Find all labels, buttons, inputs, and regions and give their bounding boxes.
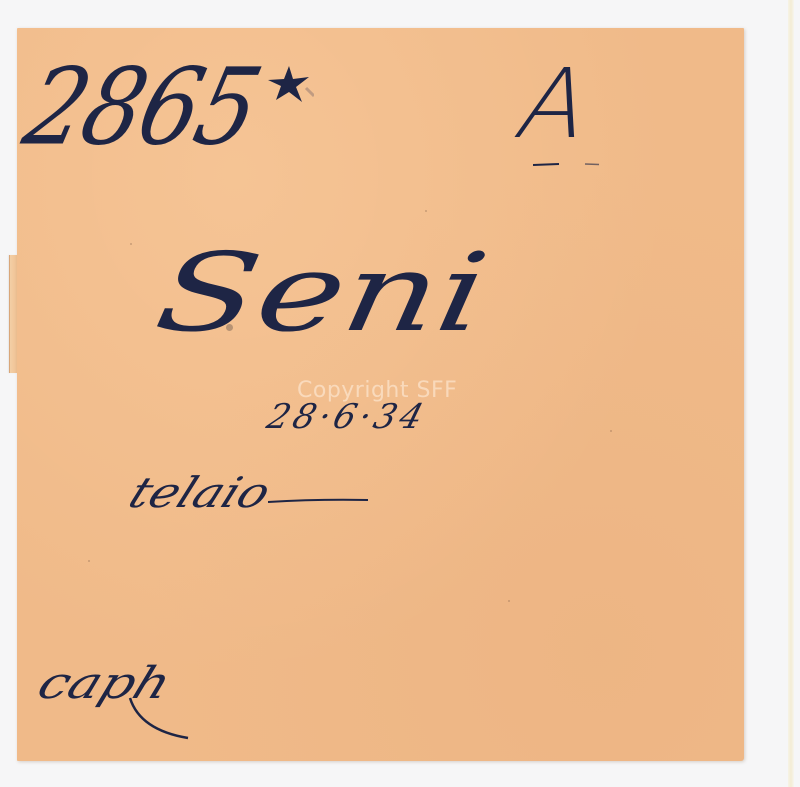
date-handwriting: 28·6·34 bbox=[263, 400, 431, 434]
grade-underline bbox=[533, 163, 611, 166]
catalog-number: 2865 bbox=[16, 55, 269, 161]
star-icon bbox=[262, 62, 314, 110]
note-handwriting: telaio bbox=[123, 472, 277, 514]
paper-speck bbox=[130, 243, 132, 245]
adjacent-card-edge bbox=[788, 0, 794, 787]
corner-note-tail-stroke bbox=[120, 690, 190, 740]
paper-speck bbox=[88, 560, 90, 562]
paper-speck bbox=[508, 600, 510, 602]
name-handwriting: Seni bbox=[149, 240, 495, 348]
paper-speck bbox=[610, 430, 612, 432]
note-tail-stroke bbox=[268, 498, 368, 504]
paper-speck bbox=[425, 210, 427, 212]
